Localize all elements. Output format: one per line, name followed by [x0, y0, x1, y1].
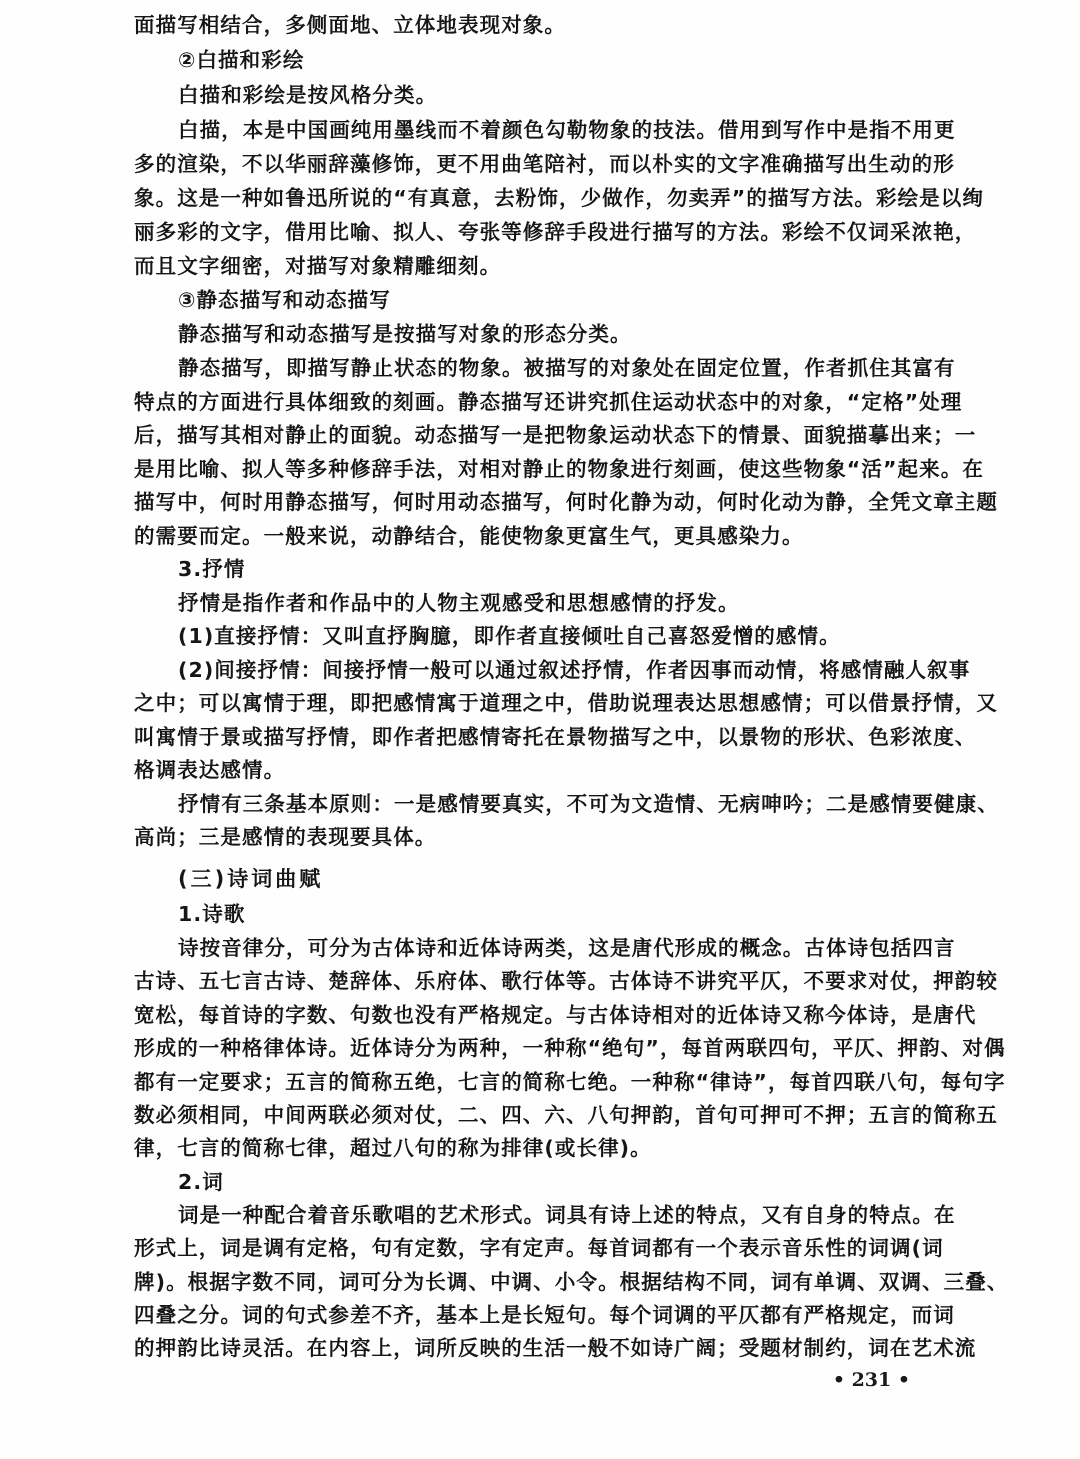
- text-line: 的押韵比诗灵活。在内容上，词所反映的生活一般不如诗广阔；受题材制约，词在艺术流: [134, 1331, 909, 1365]
- text-line: 丽多彩的文字，借用比喻、拟人、夸张等修辞手段进行描写的方法。彩绘不仅词采浓艳，: [134, 215, 909, 249]
- text-line: 形式上，词是调有定格，句有定数，字有定声。每首词都有一个表示音乐性的词调(词: [134, 1231, 909, 1265]
- text-line: 牌)。根据字数不同，词可分为长调、中调、小令。根据结构不同，词有单调、双调、三叠…: [134, 1265, 909, 1299]
- text-line: 象。这是一种如鲁迅所说的“有真意，去粉饰，少做作，勿卖弄”的描写方法。彩绘是以绚: [134, 181, 909, 215]
- text-line: 而且文字细密，对描写对象精雕细刻。: [134, 249, 909, 283]
- document-page: 面描写相结合，多侧面地、立体地表现对象。②白描和彩绘白描和彩绘是按风格分类。白描…: [0, 0, 1080, 1459]
- section-heading: 抒情是指作者和作品中的人物主观感受和思想感情的抒发。: [178, 586, 740, 620]
- text-line: 描写中，何时用静态描写，何时用动态描写，何时化静为动，何时化动为静，全凭文章主题: [134, 485, 909, 519]
- text-line: 都有一定要求；五言的简称五绝，七言的简称七绝。一种称“律诗”，每首四联八句，每句…: [134, 1065, 909, 1099]
- section-heading: 1.诗歌: [178, 897, 245, 931]
- text-line: 多的渲染，不以华丽辞藻修饰，更不用曲笔陪衬，而以朴实的文字准确描写出生动的形: [134, 147, 909, 181]
- text-line: 静态描写，即描写静止状态的物象。被描写的对象处在固定位置，作者抓住其富有: [178, 351, 909, 385]
- text-line: 的需要而定。一般来说，动静结合，能使物象更富生气，更具感染力。: [134, 519, 909, 553]
- section-heading: (三)诗词曲赋: [178, 862, 323, 896]
- text-line: 格调表达感情。: [134, 753, 909, 787]
- text-line: 叫寓情于景或描写抒情，即作者把感情寄托在景物描写之中，以景物的形状、色彩浓度、: [134, 720, 909, 754]
- section-heading: 白描和彩绘是按风格分类。: [178, 78, 437, 112]
- text-line: 词是一种配合着音乐歌唱的艺术形式。词具有诗上述的特点，又有自身的特点。在: [178, 1198, 909, 1232]
- text-line: 白描，本是中国画纯用墨线而不着颜色勾勒物象的技法。借用到写作中是指不用更: [178, 113, 909, 147]
- section-heading: 静态描写和动态描写是按描写对象的形态分类。: [178, 317, 632, 351]
- section-heading: ②白描和彩绘: [178, 43, 304, 77]
- text-line: 律，七言的简称七律，超过八句的称为排律(或长律)。: [134, 1131, 909, 1165]
- text-line: 面描写相结合，多侧面地、立体地表现对象。: [134, 8, 909, 42]
- text-line: 诗按音律分，可分为古体诗和近体诗两类，这是唐代形成的概念。古体诗包括四言: [178, 931, 909, 965]
- text-line: 之中；可以寓情于理，即把感情寓于道理之中，借助说理表达思想感情；可以借景抒情，又: [134, 686, 909, 720]
- text-line: 数必须相同，中间两联必须对仗，二、四、六、八句押韵，首句可押可不押；五言的简称五: [134, 1098, 909, 1132]
- text-line: (2)间接抒情：间接抒情一般可以通过叙述抒情，作者因事而动情，将感情融人叙事: [178, 653, 909, 687]
- text-line: 形成的一种格律体诗。近体诗分为两种，一种称“绝句”，每首两联四句，平仄、押韵、对…: [134, 1031, 909, 1065]
- text-line: 后，描写其相对静止的面貌。动态描写一是把物象运动状态下的情景、面貌描摹出来；一: [134, 418, 909, 452]
- text-line: 四叠之分。词的句式参差不齐，基本上是长短句。每个词调的平仄都有严格规定，而词: [134, 1298, 909, 1332]
- text-line: 宽松，每首诗的字数、句数也没有严格规定。与古体诗相对的近体诗又称今体诗，是唐代: [134, 998, 909, 1032]
- text-line: 是用比喻、拟人等多种修辞手法，对相对静止的物象进行刻画，使这些物象“活”起来。在: [134, 452, 909, 486]
- section-heading: (1)直接抒情：又叫直抒胸臆，即作者直接倾吐自己喜怒爱憎的感情。: [178, 619, 841, 653]
- text-line: 特点的方面进行具体细致的刻画。静态描写还讲究抓住运动状态中的对象，“定格”处理: [134, 385, 909, 419]
- section-heading: ③静态描写和动态描写: [178, 283, 391, 317]
- text-line: 古诗、五七言古诗、楚辞体、乐府体、歌行体等。古体诗不讲究平仄，不要求对仗，押韵较: [134, 964, 909, 998]
- text-line: 抒情有三条基本原则：一是感情要真实，不可为文造情、无病呻吟；二是感情要健康、: [178, 787, 909, 821]
- page-number: • 231 •: [820, 1365, 910, 1395]
- text-line: 高尚；三是感情的表现要具体。: [134, 820, 909, 854]
- section-heading: 2.词: [178, 1165, 224, 1199]
- section-heading: 3.抒情: [178, 552, 245, 586]
